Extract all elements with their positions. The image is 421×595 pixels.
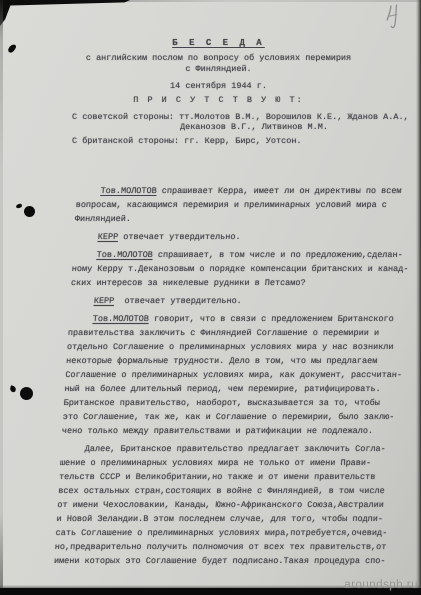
speaker-name: КЕРР xyxy=(94,296,115,306)
scan-corner-shadow xyxy=(0,0,130,26)
text-line: ских интересов за никелевые рудники в Пе… xyxy=(71,276,408,290)
text-line: шение о прелиминарных условиях мира не т… xyxy=(60,456,397,470)
document-subtitle-line2: с Финляндией. xyxy=(30,64,407,74)
text-line: Тов.МОЛОТОВ говорит, что в связи с предл… xyxy=(68,312,405,326)
text-line: КЕРР отвечает утвердительно. xyxy=(69,294,406,308)
attendees-soviet-line1: С советской стороны: тт.Молотов В.М., Во… xyxy=(72,112,407,122)
dialogue-paragraph: КЕРР отвечает утвердительно. xyxy=(22,294,406,308)
line-text: спрашивает, в том числе и по предложению… xyxy=(152,250,403,260)
text-line: имени которых это Соглашение будет подпи… xyxy=(54,554,391,568)
document-title: Б Е С Е Д А xyxy=(30,38,407,48)
text-line: КЕРР отвечает утвердительно. xyxy=(73,230,410,244)
dialogue-paragraph: КЕРР отвечает утвердительно. xyxy=(26,230,410,244)
handwritten-page-number xyxy=(385,4,401,34)
text-line: Британское правительство, наоборот, выск… xyxy=(63,396,400,410)
text-line: ный на более длительный период, чем пере… xyxy=(64,382,401,396)
attendees-soviet-line2: Деканозов В.Г., Литвинов М.М. xyxy=(180,122,407,132)
text-line: и Новой Зеландии.В этом последнем случае… xyxy=(56,512,393,526)
text-line: сать Соглашение о прелиминарных условиях… xyxy=(55,526,392,540)
text-line: тельств СССР и Великобритании,но также и… xyxy=(59,470,396,484)
ink-fleck xyxy=(7,43,17,54)
present-heading: П Р И С У Т С Т В У Ю Т: xyxy=(30,95,407,105)
document-date: 14 сентября 1944 г. xyxy=(30,81,407,91)
text-line: правительства заключить с Финляндией Сог… xyxy=(67,326,404,340)
document-subtitle-line1: с английским послом по вопросу об услови… xyxy=(30,53,407,63)
text-line: Соглашение о прелиминарных условиях мира… xyxy=(65,368,402,382)
text-line: ному Керру т.Деканозовым о порядке компе… xyxy=(71,262,408,276)
speaker-name: Тов.МОЛОТОВ xyxy=(100,186,157,196)
speaker-name: Тов.МОЛОТОВ xyxy=(92,314,149,324)
text-line: чено только между правительствами и рати… xyxy=(61,424,398,438)
scan-edge-left xyxy=(0,0,3,595)
speaker-name: КЕРР xyxy=(97,232,118,242)
text-line: но,предварительно получить полномочия от… xyxy=(54,540,391,554)
text-line: всех остальных стран,состоящих в войне с… xyxy=(58,484,395,498)
attendees-british: С британской стороны: гг. Керр, Бирс, Уо… xyxy=(72,136,407,146)
text-line: Тов.МОЛОТОВ спрашивает, в том числе и по… xyxy=(72,248,409,262)
dialogue-paragraph: Тов.МОЛОТОВ спрашивает, в том числе и по… xyxy=(24,248,410,290)
line-text: говорит, что в связи с предложением Брит… xyxy=(149,314,394,324)
text-line: Финляндией. xyxy=(74,212,411,226)
scan-edge-right xyxy=(416,0,421,595)
dialogue-body: Тов.МОЛОТОВ спрашивает Керра, имеет ли о… xyxy=(7,184,413,568)
dialogue-paragraph: Тов.МОЛОТОВ спрашивает Керра, имеет ли о… xyxy=(27,184,413,226)
text-line: некоторые формальные трудности. Дело в т… xyxy=(66,354,403,368)
text-line: Далее, Британское правительство предлага… xyxy=(60,442,397,456)
ink-smudge xyxy=(9,385,17,393)
ink-smudge xyxy=(16,203,23,208)
text-line: отдельно Соглашение о прелиминарных усло… xyxy=(67,340,404,354)
text-line: Тов.МОЛОТОВ спрашивает Керра, имеет ли о… xyxy=(76,184,413,198)
line-text: спрашивает Керра, имеет ли он директивы … xyxy=(156,186,401,196)
document-header: Б Е С Е Д А с английским послом по вопро… xyxy=(30,38,407,146)
scanned-document-page: { "page": { "handwritten_mark": "41", "w… xyxy=(0,0,421,595)
dialogue-paragraph: Тов.МОЛОТОВ говорит, что в связи с предл… xyxy=(14,312,405,438)
line-text: отвечает утвердительно. xyxy=(114,296,242,306)
watermark: aroundspb.ru xyxy=(344,579,418,591)
speaker-name: Тов.МОЛОТОВ xyxy=(96,250,153,260)
line-text: отвечает утвердительно. xyxy=(118,232,241,242)
text-line: это Соглашение, так же, как и Соглашение… xyxy=(62,410,399,424)
text-line: от имени Чехословакии, Канады, Южно-Афри… xyxy=(57,498,394,512)
dialogue-paragraph: Далее, Британское правительство предлага… xyxy=(7,442,398,568)
text-line: вопросам, касающимся перемирия и прелими… xyxy=(75,198,412,212)
